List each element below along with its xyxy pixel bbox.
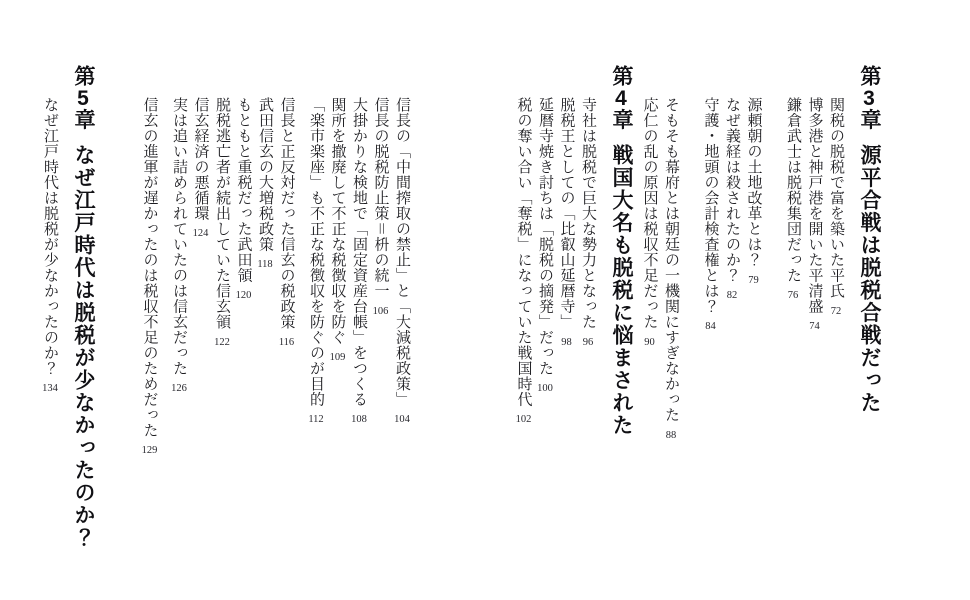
chapter-label-prefix: 第: [858, 65, 881, 88]
toc-entry: 信長の脱税防止策＝枡の統一106: [369, 97, 391, 600]
chapter-5: 第5章なぜ江戸時代は脱税が少なかったのか？なぜ江戸時代は脱税が少なかったのか？1…: [39, 65, 99, 600]
entry-page-number: 96: [583, 338, 594, 349]
entry-page-number: 106: [373, 307, 389, 318]
entry-title: 「楽市楽座」も不正な税徴収を防ぐのが目的: [308, 97, 324, 407]
entry-group: 関税の脱税で富を築いた平氏72博多港と神戸港を開いた平清盛74鎌倉武士は脱税集団…: [782, 97, 847, 600]
entry-page-number: 129: [142, 446, 158, 457]
entry-page-number: 82: [727, 291, 738, 302]
entry-title: 武田信玄の大増税政策: [257, 97, 273, 252]
table-of-contents: 第3章源平合戦は脱税合戦だった関税の脱税で富を築いた平氏72博多港と神戸港を開い…: [39, 65, 885, 600]
chapter-number: 3: [863, 88, 875, 109]
entry-page-number: 72: [831, 307, 842, 318]
entry-title: 延暦寺焼き討ちは「脱税の摘発」だった: [537, 97, 553, 376]
book-page: 第3章源平合戦は脱税合戦だった関税の脱税で富を築いた平氏72博多港と神戸港を開い…: [0, 0, 970, 600]
toc-entry: 信長と正反対だった信玄の税政策116: [275, 97, 297, 600]
entry-page-number: 74: [809, 322, 820, 333]
toc-entry: 源頼朝の土地改革とは？79: [742, 97, 764, 600]
entry-title: 信長の「中間搾取の禁止」と「大減税政策」: [394, 97, 410, 407]
entry-title: 脱税王としての「比叡山延暦寺」: [559, 97, 575, 330]
entry-page-number: 88: [666, 431, 677, 442]
entry-group: 寺社は脱税で巨大な勢力となった96脱税王としての「比叡山延暦寺」98延暦寺焼き討…: [512, 97, 598, 600]
toc-entry: 実は追い詰められていたのは信玄だった126: [168, 97, 190, 600]
entry-title: 大掛かりな検地で「固定資産台帳」をつくる: [351, 97, 367, 407]
entry-page-number: 79: [748, 276, 759, 287]
entry-page-number: 122: [214, 338, 230, 349]
toc-entry: なぜ江戸時代は脱税が少なかったのか？134: [39, 97, 61, 600]
entry-list: 関税の脱税で富を築いた平氏72博多港と神戸港を開いた平清盛74鎌倉武士は脱税集団…: [638, 65, 846, 600]
entry-page-number: 76: [788, 291, 799, 302]
chapter-heading: 第3章源平合戦は脱税合戦だった: [854, 65, 884, 600]
chapter-label-suffix: 章: [610, 109, 633, 132]
entry-group: そもそも幕府とは朝廷の一機関にすぎなかった88応仁の乱の原因は税収不足だった90: [638, 97, 681, 600]
entry-title: なぜ江戸時代は脱税が少なかったのか？: [42, 97, 58, 376]
entry-group: 信長と正反対だった信玄の税政策116武田信玄の大増税政策118もともと重税だった…: [168, 97, 297, 600]
chapter-number: 5: [77, 88, 89, 109]
chapter-3: 第3章源平合戦は脱税合戦だった関税の脱税で富を築いた平氏72博多港と神戸港を開い…: [638, 65, 884, 600]
entry-page-number: 90: [644, 338, 655, 349]
entry-title: 税の奪い合い「奪税」になっていた戦国時代: [516, 97, 532, 407]
entry-title: 応仁の乱の原因は税収不足だった: [642, 97, 658, 330]
toc-entry: 脱税王としての「比叡山延暦寺」98: [555, 97, 577, 600]
entry-page-number: 116: [279, 338, 294, 349]
entry-group: 信玄の進軍が遅かったのは税収不足のためだった129: [138, 97, 160, 600]
toc-entry: 関所を撤廃して不正な税徴収を防ぐ109: [326, 97, 348, 600]
entry-page-number: 98: [561, 338, 572, 349]
chapter-4: 第4章戦国大名も脱税に悩まされた寺社は脱税で巨大な勢力となった96脱税王としての…: [138, 65, 636, 600]
entry-page-number: 108: [351, 415, 367, 426]
toc-entry: そもそも幕府とは朝廷の一機関にすぎなかった88: [660, 97, 682, 600]
toc-entry: 信玄の進軍が遅かったのは税収不足のためだった129: [138, 97, 160, 600]
entry-title: なぜ義経は殺されたのか？: [724, 97, 740, 283]
entry-title: そもそも幕府とは朝廷の一機関にすぎなかった: [663, 97, 679, 423]
chapter-heading: 第4章戦国大名も脱税に悩まされた: [606, 65, 636, 600]
entry-page-number: 84: [705, 322, 716, 333]
chapter-title: 源平合戦は脱税合戦だった: [858, 144, 881, 414]
chapter-number: 4: [615, 88, 627, 109]
toc-entry: もともと重税だった武田領120: [232, 97, 254, 600]
entry-page-number: 104: [394, 415, 410, 426]
entry-page-number: 100: [537, 384, 553, 395]
entry-group: なぜ江戸時代は脱税が少なかったのか？134: [39, 97, 61, 600]
entry-title: 信玄の進軍が遅かったのは税収不足のためだった: [142, 97, 158, 438]
chapter-label-suffix: 章: [72, 109, 95, 132]
entry-page-number: 109: [330, 353, 346, 364]
entry-title: 関税の脱税で富を築いた平氏: [828, 97, 844, 299]
toc-entry: 信玄経済の悪循環124: [189, 97, 211, 600]
entry-page-number: 126: [171, 384, 187, 395]
entry-title: 信長の脱税防止策＝枡の統一: [373, 97, 389, 299]
entry-group: 源頼朝の土地改革とは？79なぜ義経は殺されたのか？82守護・地頭の会計検査権とは…: [699, 97, 764, 600]
toc-entry: 鎌倉武士は脱税集団だった76: [782, 97, 804, 600]
toc-entry: 寺社は脱税で巨大な勢力となった96: [577, 97, 599, 600]
chapter-label-prefix: 第: [72, 65, 95, 88]
toc-entry: なぜ義経は殺されたのか？82: [721, 97, 743, 600]
entry-title: 鎌倉武士は脱税集団だった: [785, 97, 801, 283]
toc-entry: 「楽市楽座」も不正な税徴収を防ぐのが目的112: [305, 97, 327, 600]
toc-entry: 博多港と神戸港を開いた平清盛74: [803, 97, 825, 600]
chapter-label-suffix: 章: [858, 109, 881, 132]
entry-title: 源頼朝の土地改革とは？: [746, 97, 762, 268]
entry-title: もともと重税だった武田領: [236, 97, 252, 283]
toc-entry: 大掛かりな検地で「固定資産台帳」をつくる108: [348, 97, 370, 600]
entry-page-number: 120: [236, 291, 252, 302]
toc-entry: 延暦寺焼き討ちは「脱税の摘発」だった100: [534, 97, 556, 600]
entry-title: 関所を撤廃して不正な税徴収を防ぐ: [330, 97, 346, 345]
entry-title: 信長と正反対だった信玄の税政策: [279, 97, 295, 330]
entry-title: 信玄経済の悪循環: [193, 97, 209, 221]
entry-title: 脱税逃亡者が続出していた信玄領: [214, 97, 230, 330]
entry-title: 守護・地頭の会計検査権とは？: [703, 97, 719, 314]
entry-page-number: 102: [516, 415, 532, 426]
chapter-label-prefix: 第: [610, 65, 633, 88]
entry-page-number: 124: [193, 229, 209, 240]
entry-title: 実は追い詰められていたのは信玄だった: [171, 97, 187, 376]
entry-title: 寺社は脱税で巨大な勢力となった: [580, 97, 596, 330]
toc-entry: 信長の「中間搾取の禁止」と「大減税政策」104: [391, 97, 413, 600]
toc-entry: 守護・地頭の会計検査権とは？84: [699, 97, 721, 600]
entry-title: 博多港と神戸港を開いた平清盛: [807, 97, 823, 314]
entry-page-number: 134: [42, 384, 58, 395]
entry-list: なぜ江戸時代は脱税が少なかったのか？134: [39, 65, 61, 600]
chapter-heading: 第5章なぜ江戸時代は脱税が少なかったのか？: [68, 65, 98, 600]
toc-entry: 武田信玄の大増税政策118: [254, 97, 276, 600]
toc-entry: 関税の脱税で富を築いた平氏72: [825, 97, 847, 600]
toc-entry: 応仁の乱の原因は税収不足だった90: [638, 97, 660, 600]
entry-list: 寺社は脱税で巨大な勢力となった96脱税王としての「比叡山延暦寺」98延暦寺焼き討…: [138, 65, 598, 600]
entry-page-number: 112: [308, 415, 323, 426]
toc-entry: 税の奪い合い「奪税」になっていた戦国時代102: [512, 97, 534, 600]
entry-page-number: 118: [257, 260, 272, 271]
toc-entry: 脱税逃亡者が続出していた信玄領122: [211, 97, 233, 600]
chapter-title: 戦国大名も脱税に悩まされた: [610, 144, 633, 437]
chapter-title: なぜ江戸時代は脱税が少なかったのか？: [72, 144, 95, 549]
entry-group: 信長の「中間搾取の禁止」と「大減税政策」104信長の脱税防止策＝枡の統一106大…: [305, 97, 413, 600]
